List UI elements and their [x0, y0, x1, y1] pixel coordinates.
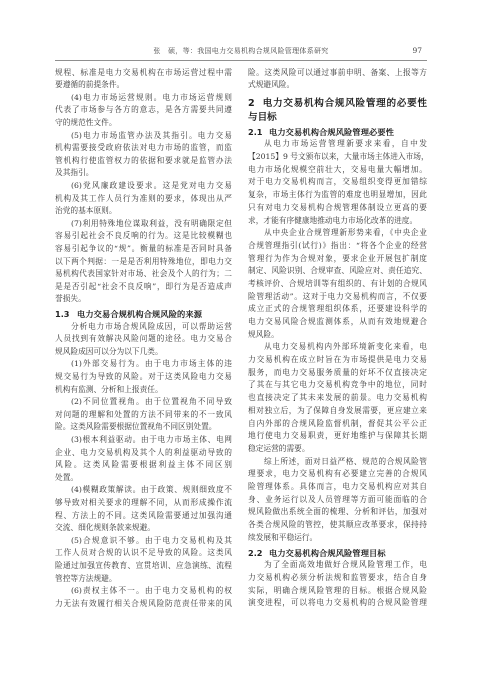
- subsection-title: 电力交易合规机构合规风险的来源: [77, 309, 202, 319]
- text-line: 企业、电力交易机构及其个人的利益驱动导致的: [55, 447, 232, 460]
- text-line: 誉损失。: [55, 293, 232, 306]
- text-line: (2)不同位置视角。由于位置视角不同导致: [55, 396, 232, 409]
- text-line: 险。这类风险需要根据位置视角不同区别处置。: [55, 421, 232, 434]
- paragraph: 规程、标准是电力交易机构在市场运营过程中需 要遵循的前提条件。: [55, 67, 232, 92]
- text-line: 对问题的理解和处置的方法不同带来的不一致风: [55, 409, 232, 422]
- text-line: 程、方法上的不同。这类风险需要通过加强沟通: [55, 510, 232, 523]
- paragraph: (7)利用特殊地位谋取利益，没有明确限定但 容易引起社会不良反响的行为。这是比较…: [55, 218, 232, 306]
- text-line: (3)根本利益驱动。由于电力市场主体、电网: [55, 434, 232, 447]
- text-line: 机构需要接受政府依法对电力市场的监管，而监: [55, 142, 232, 155]
- text-line: 力无法有效履行相关合规风险防范责任带来的风: [55, 598, 232, 611]
- text-line: 风险。这类风险需要根据利益主体不同区别: [55, 459, 232, 472]
- paragraph: 综上所述，面对日益严格、规范的合规风险管 理要求，电力交易机构有必要建立完善的合…: [248, 456, 427, 545]
- text-line: 理要求，电力交易机构有必要建立完善的合规风: [248, 468, 427, 481]
- paragraph: (4)模糊政策解读。由于政策、规则细致度不 够导致对相关要求的理解不同，从而形成…: [55, 484, 232, 534]
- text-line: 及其指引。: [55, 167, 232, 180]
- text-line: 规风险。: [248, 329, 427, 342]
- text-line: (6)党风廉政建设要求。这是党对电力交易: [55, 180, 232, 193]
- text-line: 代表了市场参与各方的意志，是各方需要共同遵: [55, 104, 232, 117]
- text-line: 力交易机构在成立时旨在为市场提供是电力交易: [248, 354, 427, 367]
- paragraph: (1)外部交易行为。由于电力市场主体的违 规交易行为导致的风险。对于这类风险电力…: [55, 358, 232, 396]
- section-title: 电力交易机构合规风险管理的必要性: [262, 98, 427, 109]
- text-line: 地行使电力交易职责，更好地维护与保障其长期: [248, 430, 427, 443]
- text-line: 险。这类风险可以通过事前申明、备案、上报等方: [248, 67, 427, 80]
- text-line: 电力市场化规模空前壮大，交易电量大幅增加。: [248, 164, 427, 177]
- paragraph: (6)党风廉政建设要求。这是党对电力交易 机构及其工作人员行为准则的要求，体现出…: [55, 180, 232, 218]
- text-line: 易机构代表国家针对市场、社会及个人的行为；二: [55, 268, 232, 281]
- text-line: (4)模糊政策解读。由于政策、规则细致度不: [55, 484, 232, 497]
- text-line: 管机构行使监管权力的依据和要求就是监管办法: [55, 155, 232, 168]
- text-line: 对于电力交易机构而言，交易组织变得更加错综: [248, 176, 427, 189]
- text-line: 规风险做出系统全面的梳理、分析和评估，加强对: [248, 506, 427, 519]
- text-line: 各类合规风险的管控，使其顺应改革要求，保持持: [248, 519, 427, 532]
- text-line: 力交易机构必须分析法规和监管要求，结合自身: [248, 572, 427, 585]
- subsection-title: 电力交易机构合规风险管理必要性: [269, 127, 394, 137]
- text-line: 规风险成因可以分为以下几类。: [55, 346, 232, 359]
- subsection-title: 电力交易机构合规风险管理目标: [269, 548, 386, 558]
- text-line: 复杂，市场主体行为监管的难度也明显增加，因此: [248, 189, 427, 202]
- paragraph: 从电力交易机构内外部环境新变化来看，电 力交易机构在成立时旨在为市场提供是电力交…: [248, 341, 427, 455]
- text-line: 相对独立后，为了保障自身发展需要，更应建立来: [248, 405, 427, 418]
- paragraph: 从电力市场运营管理新要求来看，自中发 【2015】9 号文颁布以来，大量市场主体…: [248, 138, 427, 227]
- running-title: 张 硕，等：我国电力交易机构合规风险管理体系研究: [55, 46, 427, 56]
- text-line: 工作人员对合规的认识不足导致的风险。这类风: [55, 547, 232, 560]
- text-line: 续发展和平稳运行。: [248, 532, 427, 545]
- paragraph: (3)根本利益驱动。由于电力市场主体、电网 企业、电力交易机构及其个人的利益驱动…: [55, 434, 232, 484]
- text-line: 电力交易风险合规监测体系，从而有效地规避合: [248, 316, 427, 329]
- text-line: 守的规范性文件。: [55, 117, 232, 130]
- text-line: 以下两个判据：一是是否利用特殊地位，即电力交: [55, 256, 232, 269]
- paragraph: (2)不同位置视角。由于位置视角不同导致 对问题的理解和处置的方法不同带来的不一…: [55, 396, 232, 434]
- header-rule: [55, 60, 427, 61]
- text-line: 了其在与其它电力交易机构竞争中的地位，同时: [248, 379, 427, 392]
- text-line: 也直接决定了其未来发展的前景。电力交易机构: [248, 392, 427, 405]
- text-line: 分析电力市场合规风险成因，可以帮助运营: [55, 321, 232, 334]
- text-line: 处置。: [55, 472, 232, 485]
- paragraph: 分析电力市场合规风险成因，可以帮助运营 人员找到有效解决风险问题的途径。电力交易…: [55, 321, 232, 359]
- text-line: 稳定运营的需要。: [248, 443, 427, 456]
- text-line: 交流、细化规则条款来规避。: [55, 522, 232, 535]
- text-line: 险通过加强宣传教育、宣贯培训、应急演练、流程: [55, 560, 232, 573]
- paragraph: 从中央企业合规管理新形势来看，《中央企业 合规管理指引(试行)》指出：“将各个企…: [248, 227, 427, 341]
- text-line: (6)责权主体不一。由于电力交易机构的权: [55, 585, 232, 598]
- text-line: 【2015】9 号文颁布以来，大量市场主体进入市场，: [248, 151, 427, 164]
- text-line: 制定、风险识别、合规审查、风险应对、责任追究、: [248, 265, 427, 278]
- subsection-number: 2.1: [248, 126, 269, 139]
- text-line: 成立正式的合规管理组织体系，还要建设科学的: [248, 303, 427, 316]
- text-line: 自内外部的合规风险监督机制，督促其公平公正: [248, 418, 427, 431]
- text-line: 管理行为作为合规对象，要求企业开展包扩制度: [248, 253, 427, 266]
- text-line: 机构及其工作人员行为准则的要求，体现出从严: [55, 193, 232, 206]
- section-heading-line: 与目标: [248, 111, 427, 126]
- text-line: 服务，而电力交易服务质量的好坏不仅直接决定: [248, 367, 427, 380]
- text-line: 考核评价、合规培训等有组织的、有计划的合规风: [248, 278, 427, 291]
- subsection-heading: 2.2电力交易机构合规风险管理目标: [248, 547, 427, 560]
- text-line: 规交易行为导致的风险。对于这类风险电力交易: [55, 371, 232, 384]
- section-number: 2: [248, 97, 262, 112]
- text-line: 为了全面高效地做好合规风险管理工作，电: [248, 559, 427, 572]
- subsection-heading: 1.3电力交易合规机构合规风险的来源: [55, 308, 232, 321]
- paragraph: 为了全面高效地做好合规风险管理工作，电 力交易机构必须分析法规和监管要求，结合自…: [248, 559, 427, 610]
- paragraph: 险。这类风险可以通过事前申明、备案、上报等方 式规避风险。: [248, 67, 427, 92]
- text-line: 规程、标准是电力交易机构在市场运营过程中需: [55, 67, 232, 80]
- text-line: (7)利用特殊地位谋取利益，没有明确限定但: [55, 218, 232, 231]
- text-line: 求，才能有序健康地推动电力市场化改革的进度。: [248, 215, 427, 228]
- text-line: 险管理活动”。这对于电力交易机构而言，不仅要: [248, 291, 427, 304]
- section-heading-line: 2电力交易机构合规风险管理的必要性: [248, 97, 427, 112]
- paragraph: (6)责权主体不一。由于电力交易机构的权 力无法有效履行相关合规风险防范责任带来…: [55, 585, 232, 610]
- text-line: (5)合规意识不够。由于电力交易机构及其: [55, 535, 232, 548]
- paragraph: (5)合规意识不够。由于电力交易机构及其 工作人员对合规的认识不足导致的风险。这…: [55, 535, 232, 585]
- text-line: 演变进程，可以将电力交易机构的合规风险管理: [248, 597, 427, 610]
- paragraph: (5)电力市场监管办法及其指引。电力交易 机构需要接受政府依法对电力市场的监管，…: [55, 130, 232, 180]
- text-line: 容易引起社会不良反响的行为。这是比较模糊也: [55, 230, 232, 243]
- text-line: 实际，明确合规风险管理的目标。根据合规风险: [248, 585, 427, 598]
- subsection-heading: 2.1电力交易机构合规风险管理必要性: [248, 126, 427, 139]
- text-line: 险管理体系。具体而言，电力交易机构应对其自: [248, 481, 427, 494]
- text-line: 是是否引起“社会不良反响”，即行为是否造成声: [55, 281, 232, 294]
- text-line: 治党的基本原则。: [55, 205, 232, 218]
- text-line: 机构有监测、分析和上报责任。: [55, 384, 232, 397]
- text-line: 管控等方法规避。: [55, 573, 232, 586]
- text-line: 式规避风险。: [248, 79, 427, 92]
- text-line: 人员找到有效解决风险问题的途径。电力交易合: [55, 333, 232, 346]
- page-number: 97: [412, 46, 422, 56]
- paper-page: 张 硕，等：我国电力交易机构合规风险管理体系研究 97 规程、标准是电力交易机构…: [0, 0, 480, 679]
- text-line: (5)电力市场监管办法及其指引。电力交易: [55, 130, 232, 143]
- section-heading: 2电力交易机构合规风险管理的必要性 与目标: [248, 97, 427, 126]
- left-column: 规程、标准是电力交易机构在市场运营过程中需 要遵循的前提条件。 (4)电力市场运…: [55, 67, 232, 611]
- text-line: 身、业务运行以及人员管理等方面可能面临的合: [248, 494, 427, 507]
- subsection-number: 2.2: [248, 547, 269, 560]
- text-line: 从电力交易机构内外部环境新变化来看，电: [248, 341, 427, 354]
- text-line: 从电力市场运营管理新要求来看，自中发: [248, 138, 427, 151]
- text-line: 合规管理指引(试行)》指出：“将各个企业的经营: [248, 240, 427, 253]
- text-line: (1)外部交易行为。由于电力市场主体的违: [55, 358, 232, 371]
- text-line: 够导致对相关要求的理解不同，从而形成操作流: [55, 497, 232, 510]
- text-line: 要遵循的前提条件。: [55, 79, 232, 92]
- text-line: 只有对电力交易机构合规管理体制设立更高的要: [248, 202, 427, 215]
- text-line: 容易引起争议的“规”。衡量的标准是否同时具备: [55, 243, 232, 256]
- right-column: 险。这类风险可以通过事前申明、备案、上报等方 式规避风险。 2电力交易机构合规风…: [248, 67, 427, 610]
- text-line: 综上所述，面对日益严格、规范的合规风险管: [248, 456, 427, 469]
- text-line: (4)电力市场运营规则。电力市场运营规则: [55, 92, 232, 105]
- text-line: 从中央企业合规管理新形势来看，《中央企业: [248, 227, 427, 240]
- paragraph: (4)电力市场运营规则。电力市场运营规则 代表了市场参与各方的意志，是各方需要共…: [55, 92, 232, 130]
- subsection-number: 1.3: [55, 308, 77, 321]
